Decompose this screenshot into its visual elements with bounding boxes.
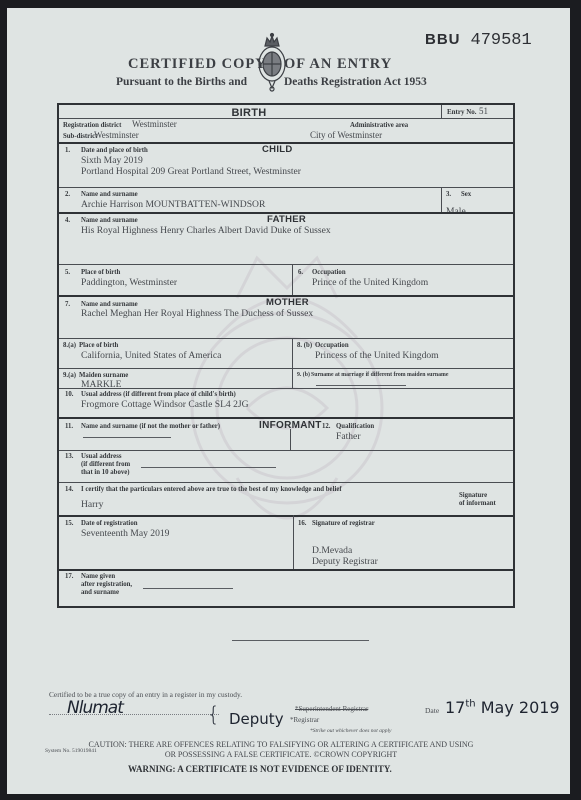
child-place-of-birth: Portland Hospital 209 Great Portland Str… [81,166,301,177]
divider [59,187,513,188]
field-number: 10. [65,391,74,398]
divider [59,450,513,451]
serial-prefix: BBU [425,31,461,48]
informant-address-blank [141,467,276,468]
field-number: 11. [65,423,73,430]
mother-place-of-birth-value: California, United States of America [81,350,221,361]
divider [290,429,291,450]
field-number: 7. [65,301,70,308]
child-name-value: Archie Harrison MOUNTBATTEN-WINDSOR [81,199,265,210]
informant-address-label: that in 10 above) [81,469,130,476]
signature-of-registrar-label: Signature of registrar [312,520,375,527]
informant-signature-value: Harry [81,499,103,510]
identity-warning: WARNING: A CERTIFICATE IS NOT EVIDENCE O… [128,764,392,774]
divider [59,118,513,119]
date-of-registration-label: Date of registration [81,520,138,527]
informant-address-label: (if different from [81,461,130,468]
field-number: 12. [322,423,331,430]
father-place-of-birth-label: Place of birth [81,269,120,276]
registration-district-value: Westminster [132,119,177,129]
royal-coat-of-arms-icon [257,32,287,92]
strike-out-note: *Strike out whichever does not apply [310,728,391,734]
field-number: 17. [65,573,74,580]
date-label: Date [425,706,439,715]
superintendent-registrar-option: *Superintendent Registrar [295,705,368,713]
divider [59,368,513,369]
informant-address-label: Usual address [81,453,121,460]
date-day: 17 [445,698,465,717]
divider [292,338,293,388]
field-number: 9.(a) [63,372,76,379]
child-date-of-birth: Sixth May 2019 [81,155,143,166]
date-month-year: May 2019 [481,698,560,717]
divider [292,264,293,295]
administrative-area-value: City of Westminster [310,130,382,140]
father-name-value: His Royal Highness Henry Charles Albert … [81,225,331,236]
section-heading-child: CHILD [262,144,293,155]
birth-entry-table: BIRTH Entry No. 51 Registration district… [57,103,515,608]
surname-at-marriage-label: Surname at marriage if different from ma… [311,372,448,378]
registrar-name: D.Mevada [312,545,352,556]
field-number: 13. [65,453,74,460]
certifying-signature: Nlumat [67,698,123,718]
mother-name-value: Rachel Meghan Her Royal Highness The Duc… [81,308,313,319]
child-name-label: Name and surname [81,191,138,198]
sub-district-value: Westminster [94,130,139,140]
registrar-option: *Registrar [290,716,319,724]
certificate-serial: BBU 479581 [425,31,532,50]
mother-occupation-value: Princess of the United Kingdom [315,350,439,361]
handwritten-date: 17th May 2019 [445,698,560,717]
father-occupation-label: Occupation [312,269,346,276]
sex-label: Sex [461,191,471,198]
signature-of-informant-label: of informant [459,500,496,507]
field-number: 14. [65,486,74,493]
registration-district-label: Registration district [63,122,121,129]
name-after-registration-blank [143,588,233,589]
header-title-left: CERTIFIED COPY [128,56,267,73]
divider [59,569,513,571]
date-suffix: th [465,699,475,710]
certification-statement: I certify that the particulars entered a… [81,486,342,493]
section-heading-father: FATHER [267,214,306,225]
name-after-registration-label: after registration, [81,581,132,588]
qualification-label: Qualification [336,423,374,430]
field-number: 2. [65,191,70,198]
entry-no-value: 51 [479,106,488,116]
usual-address-value: Frogmore Cottage Windsor Castle SL4 2JG [81,399,249,410]
handwritten-deputy: Deputy [229,710,284,728]
caution-line-1: CAUTION: THERE ARE OFFENCES RELATING TO … [71,740,491,749]
name-after-registration-label: Name given [81,573,115,580]
surname-at-marriage-blank [316,385,406,386]
field-number: 5. [65,269,70,276]
divider [441,187,442,212]
sub-district-label: Sub-district [63,133,97,140]
field-number: 4. [65,217,70,224]
date-of-registration-value: Seventeenth May 2019 [81,528,169,539]
field-number: 8. (b) [297,342,312,349]
section-heading-mother: MOTHER [266,297,309,308]
header-subtitle-right: Deaths Registration Act 1953 [284,76,427,88]
field-number: 3. [446,191,451,198]
mother-name-label: Name and surname [81,301,138,308]
usual-address-label: Usual address (if different from place o… [81,391,236,398]
divider [59,482,513,483]
divider [59,264,513,265]
brace-glyph: { [207,702,220,726]
signature-of-informant-label: Signature [459,492,487,499]
administrative-area-label: Administrative area [350,122,408,129]
caution-line-2: OR POSSESSING A FALSE CERTIFICATE. ©CROW… [71,750,491,759]
field-number: 9. (b) [297,372,310,378]
informant-name-label: Name and surname (if not the mother or f… [81,423,220,430]
father-name-label: Name and surname [81,217,138,224]
centre-rule [232,640,369,641]
qualification-value: Father [336,431,361,442]
maiden-surname-label: Maiden surname [79,372,128,379]
field-number: 15. [65,520,74,527]
field-number: 1. [65,147,70,154]
serial-number: 479581 [471,31,532,50]
divider [59,338,513,339]
divider [59,417,513,419]
divider [441,105,442,118]
entry-no-label: Entry No. [447,108,477,116]
father-occupation-value: Prince of the United Kingdom [312,277,428,288]
mother-occupation-label: Occupation [315,342,349,349]
divider [59,388,513,389]
birth-certificate-paper: CERTIFIED COPY OF AN ENTRY Pursuant to t… [7,8,570,794]
header-subtitle-left: Pursuant to the Births and [116,76,247,88]
divider [293,515,294,569]
field-number: 6. [298,269,303,276]
field-number: 8.(a) [63,342,76,349]
field-number: 16. [298,520,307,527]
header-title-right: OF AN ENTRY [284,56,392,73]
date-place-of-birth-label: Date and place of birth [81,147,148,154]
mother-place-of-birth-label: Place of birth [79,342,118,349]
father-place-of-birth-value: Paddington, Westminster [81,277,177,288]
registrar-title: Deputy Registrar [312,556,378,567]
informant-name-blank [83,437,171,438]
name-after-registration-label: and surname [81,589,119,596]
divider [59,515,513,517]
